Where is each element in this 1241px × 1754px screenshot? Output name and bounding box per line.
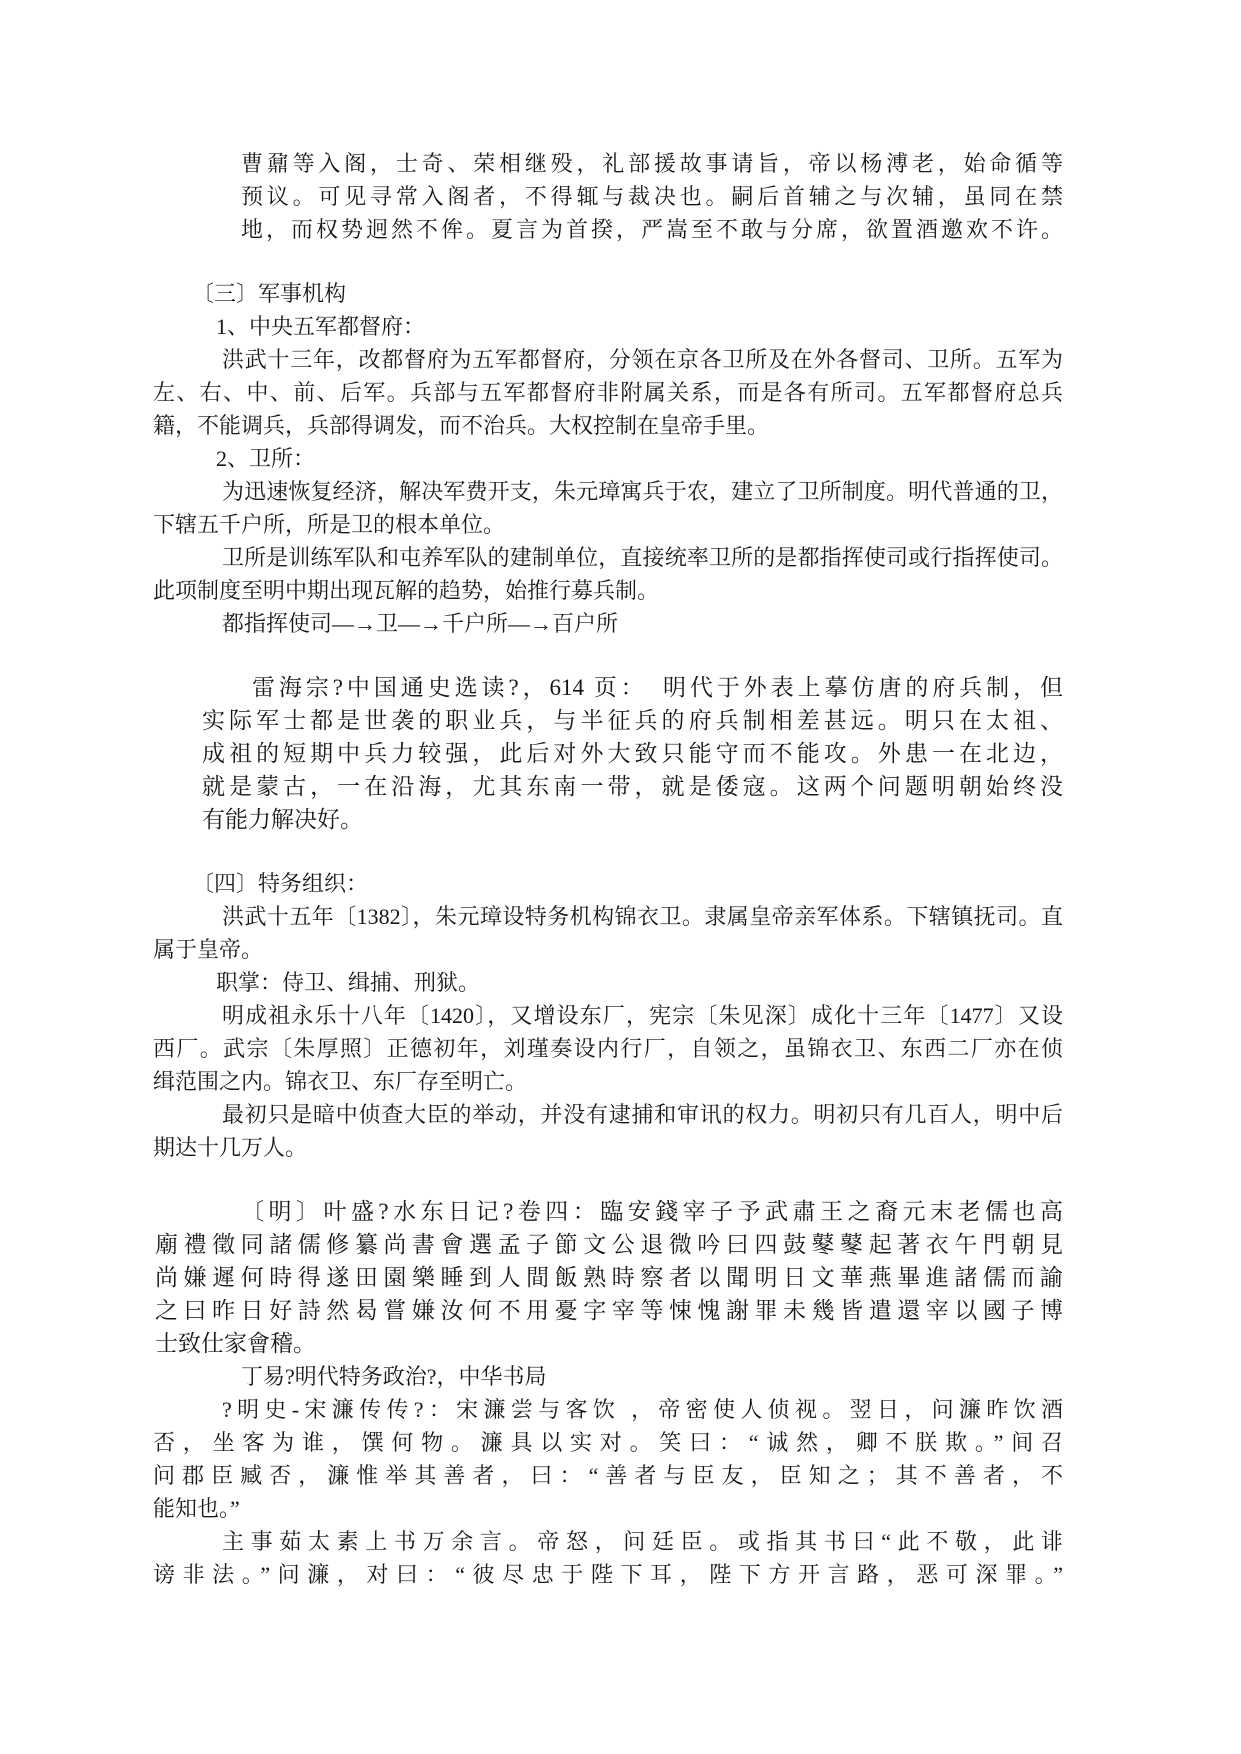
text-line: 有能力解决好。	[202, 803, 1063, 836]
text-line: 籍，不能调兵，兵部得调发，而不治兵。大权控制在皇帝手里。	[153, 409, 1063, 442]
text-line: 就是蒙古，一在沿海，尤其东南一带，就是倭寇。这两个问题明朝始终没	[202, 770, 1063, 803]
text-line: 问郡臣臧否，濂惟举其善者，曰：“善者与臣友，臣知之；其不善者，不	[153, 1459, 1063, 1492]
text-line: 主事茹太素上书万余言。帝怒，问廷臣。或指其书曰“此不敬，此诽	[153, 1525, 1063, 1558]
body-paragraph: 主事茹太素上书万余言。帝怒，问廷臣。或指其书曰“此不敬，此诽谤非法。”问濂，对曰…	[153, 1525, 1063, 1591]
text-line: 洪武十三年，改都督府为五军都督府，分领在京各卫所及在外各督司、卫所。五军为	[153, 343, 1063, 376]
text-line: 卫所是训练军队和屯养军队的建制单位，直接统率卫所的是都指挥使司或行指挥使司。	[153, 541, 1063, 574]
body-paragraph: 洪武十五年〔1382〕，朱元璋设特务机构锦衣卫。隶属皇帝亲军体系。下辖镇抚司。直…	[153, 900, 1063, 966]
body-paragraph: 明成祖永乐十八年〔1420〕，又增设东厂，宪宗〔朱见深〕成化十三年〔1477〕又…	[153, 999, 1063, 1098]
text-line: 缉范围之内。锦衣卫、东厂存至明亡。	[153, 1065, 1063, 1098]
overflow-quote-paragraph: 曹鼐等入阁，士奇、荣相继殁，礼部援故事请旨，帝以杨溥老，始命循等预议。可见寻常入…	[241, 147, 1063, 246]
body-paragraph: 为迅速恢复经济，解决军费开支，朱元璋寓兵于农，建立了卫所制度。明代普通的卫，下辖…	[153, 475, 1063, 541]
text-line: 成祖的短期中兵力较强，此后对外大致只能守而不能攻。外患一在北边，	[202, 737, 1063, 770]
text-line: 士致仕家會稽。	[155, 1327, 1063, 1360]
section-heading-4: 〔四〕特务组织：	[192, 867, 1063, 900]
text-line: 雷海宗?中国通史选读?，614 页： 明代于外表上摹仿唐的府兵制，但	[202, 671, 1063, 704]
text-line: 下辖五千户所，所是卫的根本单位。	[153, 508, 1063, 541]
list-item-1: 1、中央五军都督府：	[216, 310, 1063, 343]
quote-block-leihaizong: 雷海宗?中国通史选读?，614 页： 明代于外表上摹仿唐的府兵制，但实际军士都是…	[202, 671, 1063, 836]
quote-paragraph-mingshi: ?明史-宋濂传传?：宋濂尝与客饮 ，帝密使人侦视。翌日，问濂昨饮酒否，坐客为谁，…	[153, 1393, 1063, 1525]
text-line: 曹鼐等入阁，士奇、荣相继殁，礼部援故事请旨，帝以杨溥老，始命循等	[241, 147, 1063, 180]
section-heading-3: 〔三〕军事机构	[192, 277, 1063, 310]
text-line: 实际军士都是世袭的职业兵，与半征兵的府兵制相差甚远。明只在太祖、	[202, 704, 1063, 737]
text-line: 西厂。武宗〔朱厚照〕正德初年，刘瑾奏设内行厂，自领之，虽锦衣卫、东西二厂亦在侦	[153, 1032, 1063, 1065]
text-line: 〔明〕叶盛?水东日记?卷四：臨安錢宰子予武肅王之裔元末老儒也高	[155, 1195, 1063, 1228]
text-line: 否，坐客为谁，馔何物。濂具以实对。笑曰：“诚然，卿不朕欺。”间召	[153, 1426, 1063, 1459]
text-line: 地，而权势迥然不侔。夏言为首揆，严嵩至不敢与分席，欲置酒邀欢不许。	[241, 213, 1063, 246]
text-line: 为迅速恢复经济，解决军费开支，朱元璋寓兵于农，建立了卫所制度。明代普通的卫，	[153, 475, 1063, 508]
quote-block-yesheng: 〔明〕叶盛?水东日记?卷四：臨安錢宰子予武肅王之裔元末老儒也高廟禮徵同諸儒修纂尚…	[155, 1195, 1063, 1360]
text-line: 明成祖永乐十八年〔1420〕，又增设东厂，宪宗〔朱见深〕成化十三年〔1477〕又…	[153, 999, 1063, 1032]
text-line: ?明史-宋濂传传?：宋濂尝与客饮 ，帝密使人侦视。翌日，问濂昨饮酒	[153, 1393, 1063, 1426]
text-line: 预议。可见寻常入阁者，不得辄与裁决也。嗣后首辅之与次辅，虽同在禁	[241, 180, 1063, 213]
body-paragraph: 洪武十三年，改都督府为五军都督府，分领在京各卫所及在外各督司、卫所。五军为左、右…	[153, 343, 1063, 442]
text-line: 此项制度至明中期出现瓦解的趋势，始推行募兵制。	[153, 574, 1063, 607]
document-content: 曹鼐等入阁，士奇、荣相继殁，礼部援故事请旨，帝以杨溥老，始命循等预议。可见寻常入…	[153, 147, 1063, 1591]
text-line: 期达十几万人。	[153, 1131, 1063, 1164]
text-line: 廟禮徵同諸儒修纂尚書會選孟子節文公退微吟曰四鼓鼕鼕起著衣午門朝見	[155, 1228, 1063, 1261]
list-item-2: 2、卫所：	[216, 442, 1063, 475]
list-item-duty: 职掌：侍卫、缉捕、刑狱。	[216, 966, 1063, 999]
document-page: 曹鼐等入阁，士奇、荣相继殁，礼部援故事请旨，帝以杨溥老，始命循等预议。可见寻常入…	[0, 0, 1241, 1754]
text-line: 尚嫌遲何時得遂田園樂睡到人間飯熟時察者以聞明日文華燕畢進諸儒而諭	[155, 1261, 1063, 1294]
text-line: 最初只是暗中侦查大臣的举动，并没有逮捕和审讯的权力。明初只有几百人，明中后	[153, 1098, 1063, 1131]
text-line: 左、右、中、前、后军。兵部与五军都督府非附属关系，而是各有所司。五军都督府总兵	[153, 376, 1063, 409]
text-line: 洪武十五年〔1382〕，朱元璋设特务机构锦衣卫。隶属皇帝亲军体系。下辖镇抚司。直	[153, 900, 1063, 933]
body-paragraph: 卫所是训练军队和屯养军队的建制单位，直接统率卫所的是都指挥使司或行指挥使司。此项…	[153, 541, 1063, 607]
org-chart-line: 都指挥使司—→卫—→千户所—→百户所	[222, 607, 1063, 640]
citation-line-dingyi: 丁易?明代特务政治?，中华书局	[241, 1360, 1063, 1393]
text-line: 谤非法。”问濂，对曰：“彼尽忠于陛下耳，陛下方开言路，恶可深罪。”	[153, 1558, 1063, 1591]
body-paragraph: 最初只是暗中侦查大臣的举动，并没有逮捕和审讯的权力。明初只有几百人，明中后期达十…	[153, 1098, 1063, 1164]
text-line: 属于皇帝。	[153, 933, 1063, 966]
text-line: 之曰昨日好詩然曷嘗嫌汝何不用憂字宰等悚愧謝罪未幾皆遣還宰以國子博	[155, 1294, 1063, 1327]
text-line: 能知也。”	[153, 1492, 1063, 1525]
